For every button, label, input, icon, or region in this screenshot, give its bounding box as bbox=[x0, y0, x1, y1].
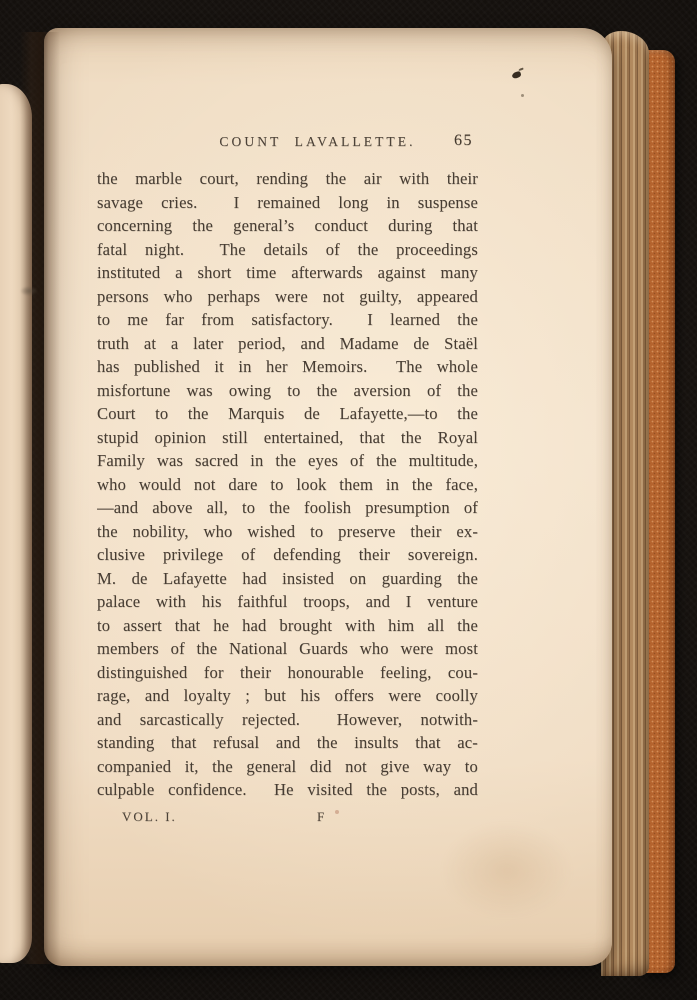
running-head: COUNT LAVALLETTE. bbox=[219, 134, 415, 150]
text-line: the nobility, who wished to preserve the… bbox=[97, 520, 478, 544]
text-line: M. de Lafayette had insisted on guarding… bbox=[97, 567, 478, 591]
text-line: rage, and loyalty ; but his offers were … bbox=[97, 684, 478, 708]
text-line: misfortune was owing to the aversion of … bbox=[97, 379, 478, 403]
text-line: instituted a short time afterwards again… bbox=[97, 261, 478, 285]
facing-page-strip bbox=[0, 84, 32, 963]
volume-label: VOL. I. bbox=[122, 809, 177, 825]
page-number: 65 bbox=[454, 132, 473, 150]
text-line: has published it in her Memoirs. The who… bbox=[97, 355, 478, 379]
foxing-stain bbox=[442, 823, 572, 918]
text-line: and sarcastically rejected. However, not… bbox=[97, 708, 478, 732]
text-line: palace with his faithful troops, and I v… bbox=[97, 590, 478, 614]
text-line: stupid opinion still entertained, that t… bbox=[97, 426, 478, 450]
header-row: COUNT LAVALLETTE. 65 bbox=[97, 132, 478, 166]
book-page: COUNT LAVALLETTE. 65 the marble court, r… bbox=[44, 28, 612, 966]
text-line: who would not dare to look them in the f… bbox=[97, 473, 478, 497]
text-line: concerning the general’s conduct during … bbox=[97, 214, 478, 238]
faint-dot bbox=[335, 810, 339, 814]
text-line: to assert that he had brought with him a… bbox=[97, 614, 478, 638]
text-line: persons who perhaps were not guilty, app… bbox=[97, 285, 478, 309]
text-line: distinguished for their honourable feeli… bbox=[97, 661, 478, 685]
text-line: the marble court, rending the air with t… bbox=[97, 167, 478, 191]
text-line: culpable confidence. He visited the post… bbox=[97, 778, 478, 802]
footer-row: VOL. I. F bbox=[97, 809, 478, 829]
text-block: COUNT LAVALLETTE. 65 the marble court, r… bbox=[97, 132, 478, 829]
margin-smudge bbox=[20, 286, 38, 296]
text-line: Family was sacred in the eyes of the mul… bbox=[97, 449, 478, 473]
signature-mark: F bbox=[317, 809, 325, 825]
text-line: truth at a later period, and Madame de S… bbox=[97, 332, 478, 356]
text-line: —and above all, to the foolish presumpti… bbox=[97, 496, 478, 520]
text-line: fatal night. The details of the proceedi… bbox=[97, 238, 478, 262]
text-line: companied it, the general did not give w… bbox=[97, 755, 478, 779]
text-line: clusive privilege of defending their sov… bbox=[97, 543, 478, 567]
ink-dot bbox=[521, 94, 524, 97]
body-text: the marble court, rending the air with t… bbox=[97, 167, 478, 802]
text-line: standing that refusal and the insults th… bbox=[97, 731, 478, 755]
text-line: Court to the Marquis de Lafayette,—to th… bbox=[97, 402, 478, 426]
text-line: savage cries. I remained long in suspens… bbox=[97, 191, 478, 215]
text-line: members of the National Guards who were … bbox=[97, 637, 478, 661]
text-line: to me far from satisfactory. I learned t… bbox=[97, 308, 478, 332]
book-photo-scene: COUNT LAVALLETTE. 65 the marble court, r… bbox=[0, 0, 697, 1000]
